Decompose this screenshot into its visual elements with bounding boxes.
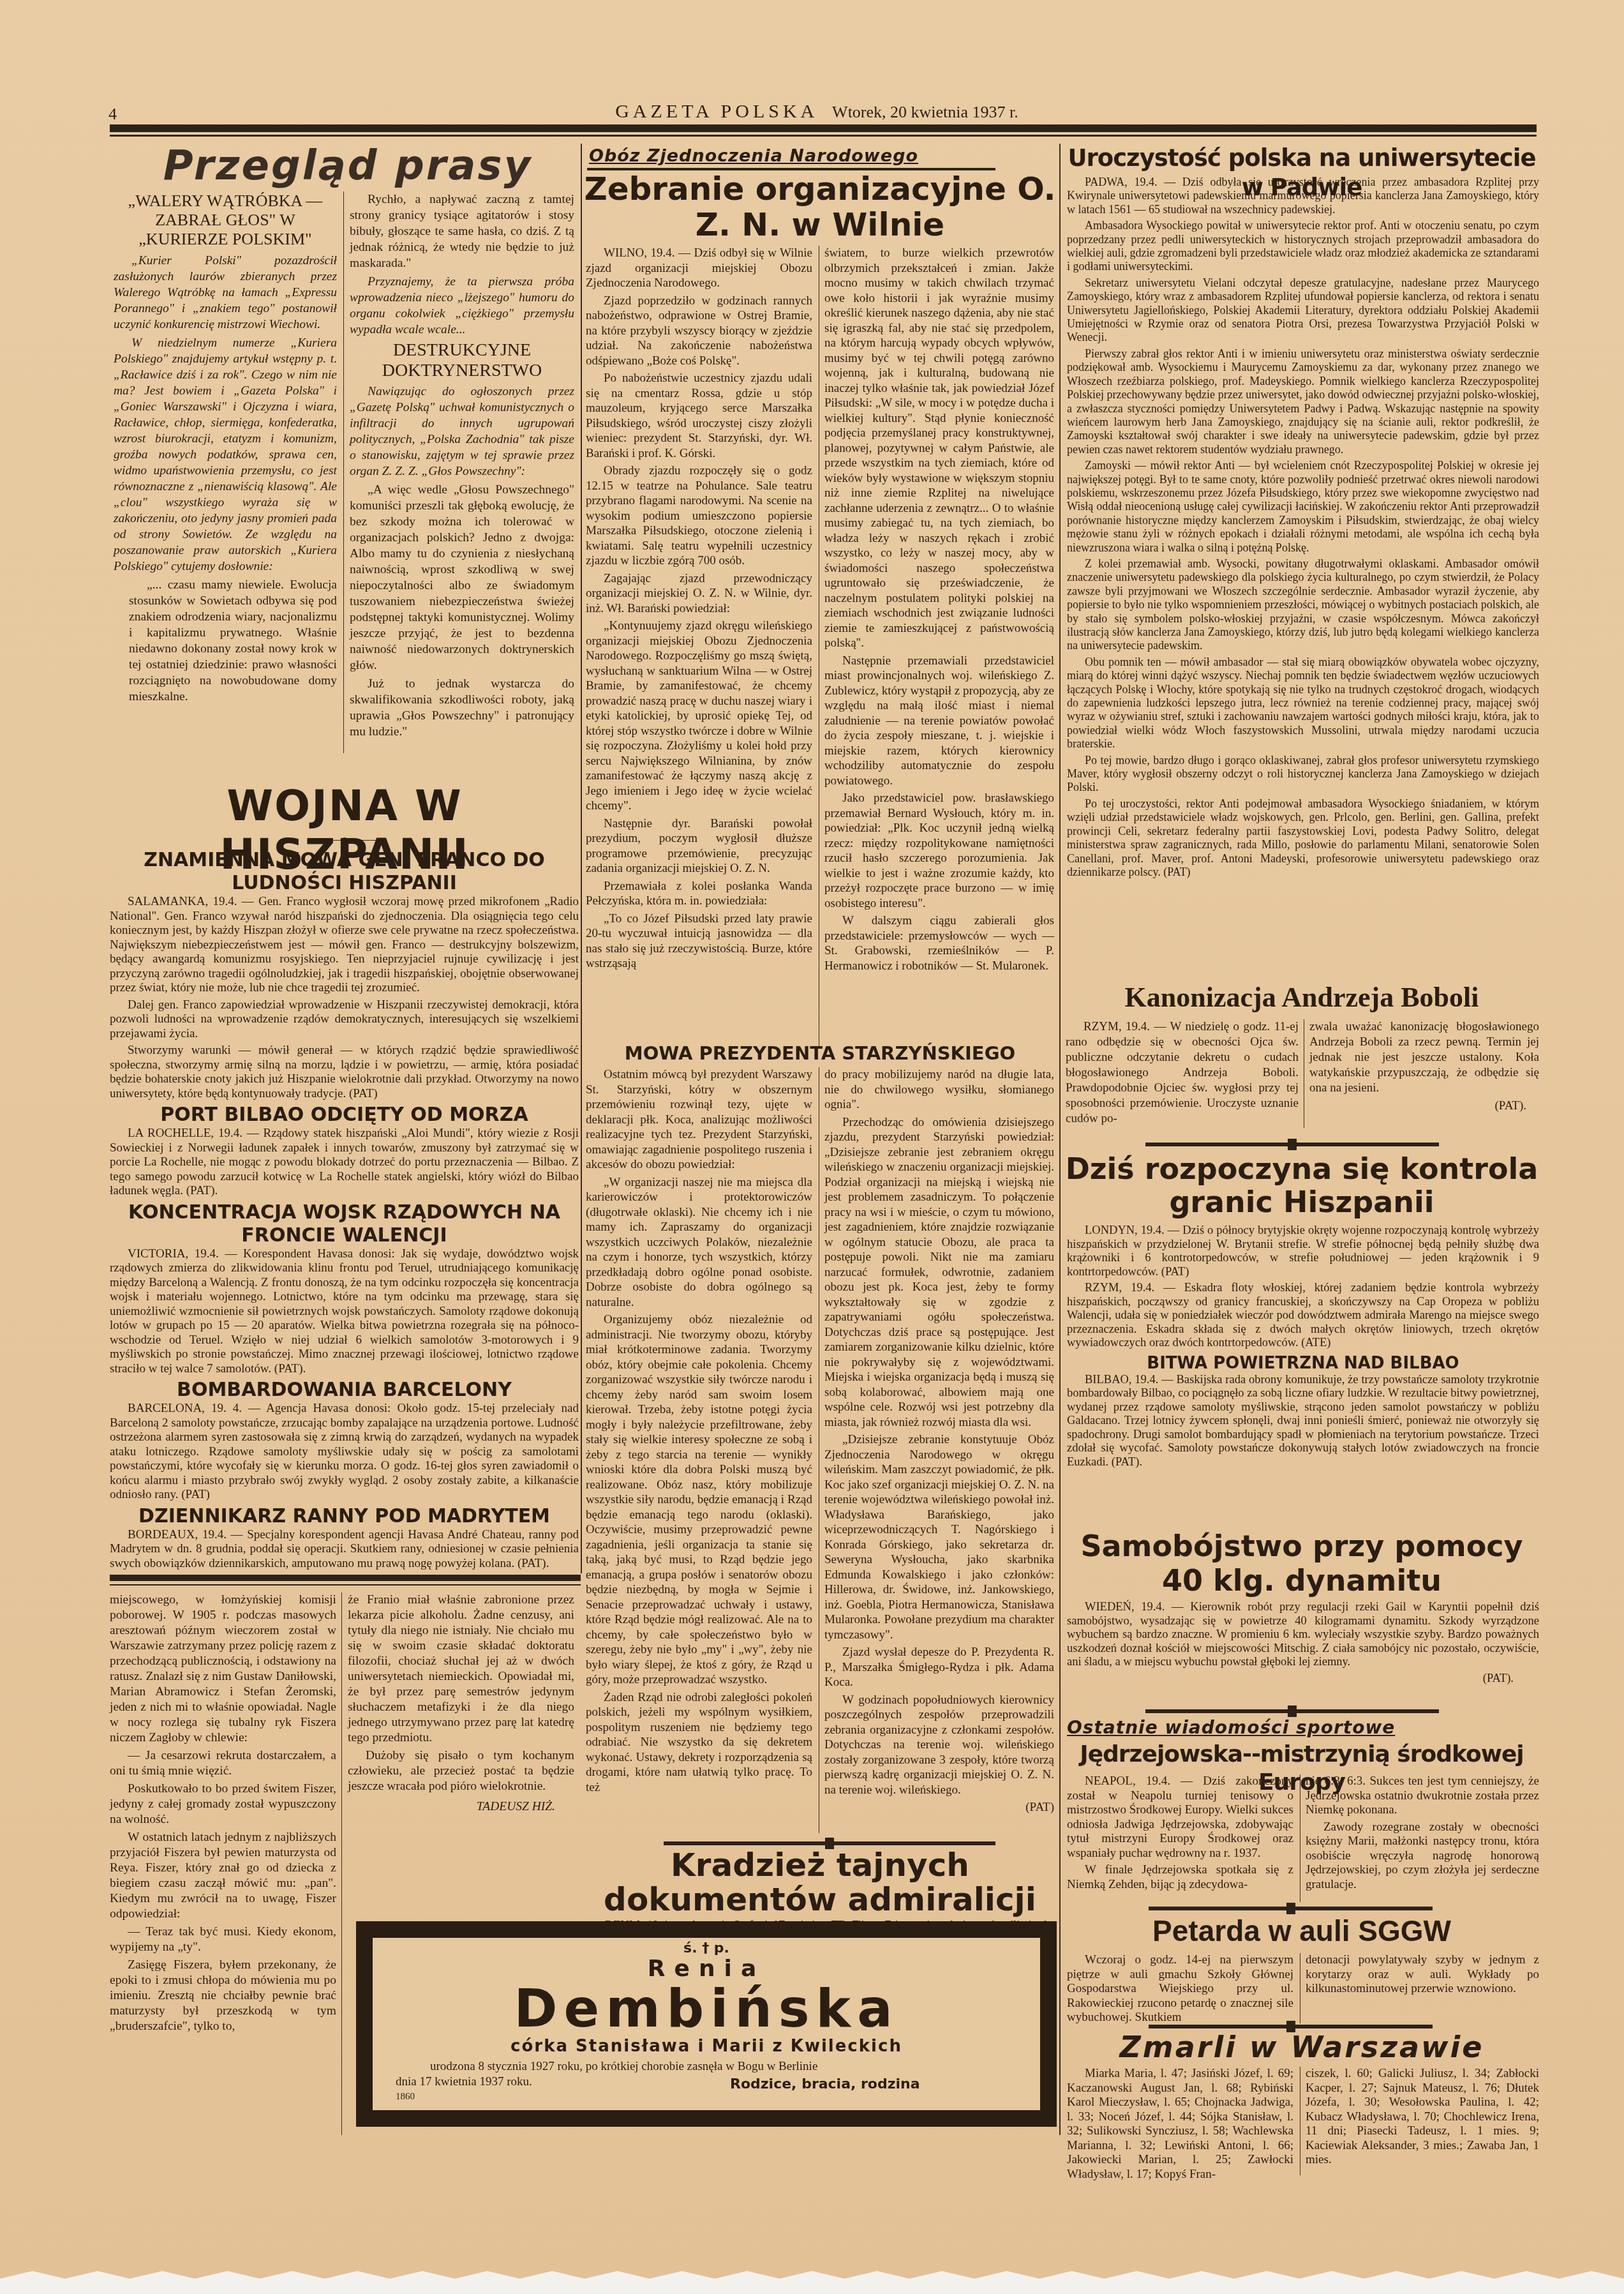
padua-body: PADWA, 19.4. — Dziś odbyła się uroczysto… (1067, 176, 1539, 881)
sport-kicker: Ostatnie wiadomości sportowe (1067, 1717, 1539, 1739)
obituary-prefix: ś. † p. (373, 1940, 1040, 1956)
bobola-header: Kanonizacja Andrzeja Boboli (1062, 981, 1541, 1014)
paragraph: Zjazd poprzedziło w godzinach rannych na… (586, 294, 812, 369)
petard-header: Petarda w auli SGGW (1062, 1912, 1541, 1950)
paragraph: Po nabożeństwie uczestnicy zjazdu udali … (586, 371, 812, 461)
paragraph: Wczoraj o godz. 14-ej na pierwszym piętr… (1067, 1953, 1293, 2025)
paragraph: Zagajając zjazd przewodniczący organizac… (586, 571, 812, 617)
paragraph: światem, to burze wielkich przewrotów ol… (824, 246, 1054, 651)
paragraph: Zjazd wysłał depesze do P. Prezydenta R.… (824, 1645, 1054, 1690)
paragraph: W niedzielnym numerze „Kuriera Polskiego… (114, 335, 337, 574)
column-divider (581, 144, 582, 1573)
paragraph: Dużoby się pisało o tym kochanym człowie… (348, 1748, 574, 1794)
column-divider (1059, 144, 1061, 2135)
paragraph: Sekretarz uniwersytetu Vielani odczytał … (1067, 276, 1539, 345)
paragraph: Po tej uroczystości, rektor Anti podejmo… (1067, 797, 1539, 879)
author-signature: TADEUSZ HIŻ. (348, 1799, 574, 1815)
article-body: Dalej gen. Franco zapowiedział wprowadze… (110, 998, 579, 1042)
suicide-header: Samobójstwo przy pomocy 40 klg. dynamitu (1062, 1529, 1541, 1598)
paragraph: Pierwszy zabrał głos rektor Anti i w imi… (1067, 347, 1539, 456)
suicide-body: WIEDEŃ, 19.4. — Kierownik robót przy reg… (1067, 1601, 1539, 1686)
obituary-family: Rodzice, bracia, rodzina (730, 2076, 920, 2092)
paragraph: Zamoyski — mówił rektor Anti — był wciel… (1067, 459, 1539, 555)
paragraph: Zasięgę Fiszera, byłem przekonany, że ep… (110, 1958, 336, 2034)
article-body: VICTORIA, 19.4. — Korespondent Havasa do… (110, 1247, 579, 1377)
paragraph: Obrady zjazdu rozpoczęły się o godz 12.1… (586, 463, 812, 569)
paragraph: Jako przedstawiciel pow. brasławskiego p… (824, 791, 1054, 911)
obituary-parents: córka Stanisława i Marii z Kwileckich (373, 2037, 1040, 2056)
agency-tag: (PAT). (1067, 1672, 1539, 1686)
paragraph: ciszek, l. 60; Galicki Juliusz, l. 34; Z… (1306, 2067, 1539, 2168)
column-divider (341, 1593, 342, 2135)
paragraph: PADWA, 19.4. — Dziś odbyła się uroczysto… (1067, 176, 1539, 216)
masthead: 4 GAZETA POLSKA Wtorek, 20 kwietnia 1937… (108, 101, 1525, 126)
article-body: BORDEAUX, 19.4. — Specjalny korespondent… (110, 1528, 579, 1571)
paragraph: nie 6:3, 6:3. Sukces ten jest tym cennie… (1306, 1774, 1539, 1818)
press-review-subheading: „WALERY WĄTRÓBKA — ZABRAŁ GŁOS" W „KURIE… (114, 191, 337, 249)
ozn-kicker: Obóz Zjednoczenia Narodowego (584, 146, 1058, 167)
paragraph: „A więc wedle „Głosu Powszechnego" komun… (350, 482, 574, 673)
obituary-date: dnia 17 kwietnia 1937 roku. (396, 2075, 532, 2088)
paragraph: Poskutkowało to bo przed świtem Fiszer, … (110, 1781, 336, 1827)
feuilleton-col-2: że Franio miał właśnie zabronione przez … (348, 1593, 574, 1815)
deaths-header: Zmarli w Warszawie (1062, 2030, 1541, 2064)
ad-number: 1860 (396, 2092, 1017, 2103)
feuilleton-col-1: miejscowego, w łomżyńskiej komisji pobor… (110, 1593, 336, 2037)
paragraph: RZYM, 19.4. — Eskadra floty włoskiej, kt… (1067, 1282, 1539, 1351)
issue-date: Wtorek, 20 kwietnia 1937 r. (832, 103, 1018, 121)
article-title: BOMBARDOWANIA BARCELONY (110, 1379, 579, 1402)
ozn-col-1: WILNO, 19.4. — Dziś odbył się w Wilnie z… (586, 246, 812, 974)
press-review-col-2: Rychło, a napływać zaczną z tamtej stron… (350, 191, 574, 742)
paragraph: Rychło, a napływać zaczną z tamtej stron… (350, 191, 574, 271)
obituary-text: urodzona 8 stycznia 1927 roku, po krótki… (373, 2056, 1040, 2074)
paragraph: zwala uważać kanonizację błogosławionego… (1309, 1019, 1539, 1096)
paragraph: „To co Józef Piłsudski przed laty prawie… (586, 911, 812, 971)
paragraph: że Franio miał właśnie zabronione przez … (348, 1593, 574, 1746)
paragraph: NEAPOL, 19.4. — Dziś zakończony został w… (1067, 1774, 1293, 1861)
petard-col-1: Wczoraj o godz. 14-ej na pierwszym piętr… (1067, 1953, 1293, 2028)
article-body: SALAMANKA, 19.4. — Gen. Franco wygłosił … (110, 895, 579, 996)
ozn-header: Zebranie organizacyjne O. Z. N. w Wilnie (584, 171, 1056, 243)
paragraph: „W organizacji naszej nie ma miejsca dla… (586, 1175, 812, 1310)
section-divider (1149, 1907, 1433, 1910)
paragraph: miejscowego, w łomżyńskiej komisji pobor… (110, 1593, 336, 1746)
agency-tag: (PAT). (1309, 1098, 1539, 1114)
section-divider (664, 1841, 995, 1845)
paragraph: W finale Jędrzejowska spotkała się z Nie… (1067, 1863, 1293, 1892)
paragraph: „Dzisiejsze zebranie konstytuuje Obóz Zj… (824, 1432, 1054, 1642)
paragraph: Następnie dyr. Barański powołał prezydiu… (586, 816, 812, 876)
paragraph: Miarka Maria, l. 47; Jasiński Józef, l. … (1067, 2067, 1293, 2182)
paragraph: Przyznajemy, że ta pierwsza próba wprowa… (350, 274, 574, 338)
paragraph: WIEDEŃ, 19.4. — Kierownik robót przy reg… (1067, 1601, 1539, 1670)
article-title: ZNAMIENNA MOWA GEN. FRANCO DO LUDNOŚCI H… (110, 849, 579, 895)
newspaper-title: GAZETA POLSKA Wtorek, 20 kwietnia 1937 r… (108, 101, 1525, 123)
paragraph: Już to jednak wystarcza do skwalifikowan… (350, 676, 574, 740)
bobola-col-1: RZYM, 19.4. — W niedzielę o godz. 11-ej … (1066, 1019, 1299, 1129)
paragraph: LONDYN, 19.4. — Dziś o północy brytyjski… (1067, 1224, 1539, 1279)
section-divider (1145, 1709, 1439, 1713)
article-title: PORT BILBAO ODCIĘTY OD MORZA (110, 1104, 579, 1127)
border-control-header: Dziś rozpoczyna się kontrola granic Hisz… (1062, 1152, 1541, 1218)
paragraph: W godzinach popołudniowych kierownicy po… (824, 1693, 1054, 1798)
paragraph: Następnie przemawiali przedstawiciel mia… (824, 654, 1054, 789)
ozn-subheading: MOWA PREZYDENTA STARZYŃSKIEGO (584, 1042, 1056, 1065)
paragraph: Po tej mowie, bardzo długo i gorąco okla… (1067, 754, 1539, 795)
paragraph: (PAT) (824, 1800, 1054, 1815)
column-divider (819, 246, 819, 1047)
paragraph: BILBAO, 19.4. — Baskijska rada obrony ko… (1067, 1374, 1539, 1470)
sport-col-2: nie 6:3, 6:3. Sukces ten jest tym cennie… (1306, 1774, 1539, 1894)
section-divider (1145, 1143, 1439, 1146)
border-control-body: LONDYN, 19.4. — Dziś o północy brytyjski… (1067, 1224, 1539, 1472)
ozn-col-4: do pracy mobilizujemy naród na długie la… (824, 1067, 1054, 1818)
obituary-notice: ś. † p. Renia Dembińska córka Stanisława… (356, 1921, 1057, 2127)
bobola-col-2: zwala uważać kanonizację błogosławionego… (1309, 1019, 1539, 1114)
paragraph: Z kolei przemawiał amb. Wysocki, powitan… (1067, 557, 1539, 653)
press-review-subheading-2: DESTRUKCYJNE DOKTRYNERSTWO (350, 340, 574, 381)
paragraph: RZYM, 19.4. — W niedzielę o godz. 11-ej … (1066, 1019, 1299, 1127)
article-title: DZIENNIKARZ RANNY POD MADRYTEM (110, 1505, 579, 1528)
paragraph: Organizujemy obóz niezależnie od adminis… (586, 1312, 812, 1688)
paragraph: Ambasadora Wysockiego powitał w uniwersy… (1067, 219, 1539, 274)
article-body: BARCELONA, 19. 4. — Agencja Havasa donos… (110, 1402, 579, 1503)
deaths-col-2: ciszek, l. 60; Galicki Juliusz, l. 34; Z… (1306, 2067, 1539, 2170)
separator: ———o——— (108, 833, 581, 846)
masthead-rule-thin (110, 135, 1537, 137)
ozn-col-2: światem, to burze wielkich przewrotów ol… (824, 246, 1054, 976)
section-rule (110, 1575, 581, 1581)
newspaper-name: GAZETA POLSKA (615, 101, 817, 122)
sport-col-1: NEAPOL, 19.4. — Dziś zakończony został w… (1067, 1774, 1293, 1894)
paragraph: detonacji powylatywały szyby w jednym z … (1306, 1953, 1539, 1997)
column-divider (1300, 2067, 1300, 2175)
paragraph: do pracy mobilizujemy naród na długie la… (824, 1067, 1054, 1113)
paragraph: — Ja cesarzowi rekruta dostarczałem, a o… (110, 1748, 336, 1779)
paragraph: Nawiązując do ogłoszonych przez „Gazetę … (350, 384, 574, 479)
spain-war-articles: ZNAMIENNA MOWA GEN. FRANCO DO LUDNOŚCI H… (110, 849, 579, 1573)
press-review-header: Przegląd prasy (121, 144, 574, 188)
paragraph: W ostatnich latach jednym z najbliższych… (110, 1830, 336, 1922)
column-divider (1300, 1953, 1300, 2023)
section-rule-thin (110, 1584, 581, 1586)
obituary-first-name: Renia (373, 1956, 1040, 1982)
paragraph: Przemawiała z kolei posłanka Wanda Pełcz… (586, 879, 812, 909)
petard-col-2: detonacji powylatywały szyby w jednym z … (1306, 1953, 1539, 1999)
column-divider (1300, 1774, 1300, 1902)
deaths-col-1: Miarka Maria, l. 47; Jasiński Józef, l. … (1067, 2067, 1293, 2184)
masthead-rule (110, 124, 1537, 132)
paragraph: Obu pomnik ten — mówił ambasador — stał … (1067, 656, 1539, 751)
paragraph: WILNO, 19.4. — Dziś odbył się w Wilnie z… (586, 246, 812, 291)
paragraph: — Teraz tak być musi. Kiedy ekonom, wypi… (110, 1924, 336, 1955)
article-body: LA ROCHELLE, 19.4. — Rządowy statek hisz… (110, 1127, 579, 1199)
obituary-surname: Dembińska (373, 1982, 1040, 2037)
column-divider (1304, 1019, 1304, 1128)
quote: „... czasu mamy niewiele. Ewolucja stosu… (114, 577, 337, 705)
column-divider (819, 1067, 819, 1833)
paragraph: Żaden Rząd nie odrobi zaległości pokoleń… (586, 1690, 812, 1795)
article-body: Stworzymy warunki — mówił generał — w kt… (110, 1044, 579, 1101)
section-divider (1149, 2025, 1433, 2028)
article-title: BITWA POWIETRZNA NAD BILBAO (1067, 1353, 1539, 1374)
ozn-col-3: Ostatnim mówcą był prezydent Warszawy St… (586, 1067, 812, 1797)
paragraph: „Kontynuujemy zjazd okręgu wileńskiego o… (586, 618, 812, 814)
paragraph: W dalszym ciągu zabierali głos przedstaw… (824, 913, 1054, 973)
paragraph: „Kurier Polski" pozazdrościł zasłużonych… (114, 253, 337, 333)
obituary-footer: dnia 17 kwietnia 1937 roku. Rodzice, bra… (373, 2074, 1040, 2107)
column-divider (343, 191, 344, 753)
press-review-col-1: „WALERY WĄTRÓBKA — ZABRAŁ GŁOS" W „KURIE… (114, 191, 337, 707)
paragraph: Ostatnim mówcą był prezydent Warszawy St… (586, 1067, 812, 1173)
paragraph: Zawody rozegrane zostały w obecności ksi… (1306, 1820, 1539, 1893)
article-title: KONCENTRACJA WOJSK RZĄDOWYCH NA FRONCIE … (110, 1201, 579, 1247)
paragraph: Przechodząc do omówienia dzisiejszego zj… (824, 1115, 1054, 1430)
